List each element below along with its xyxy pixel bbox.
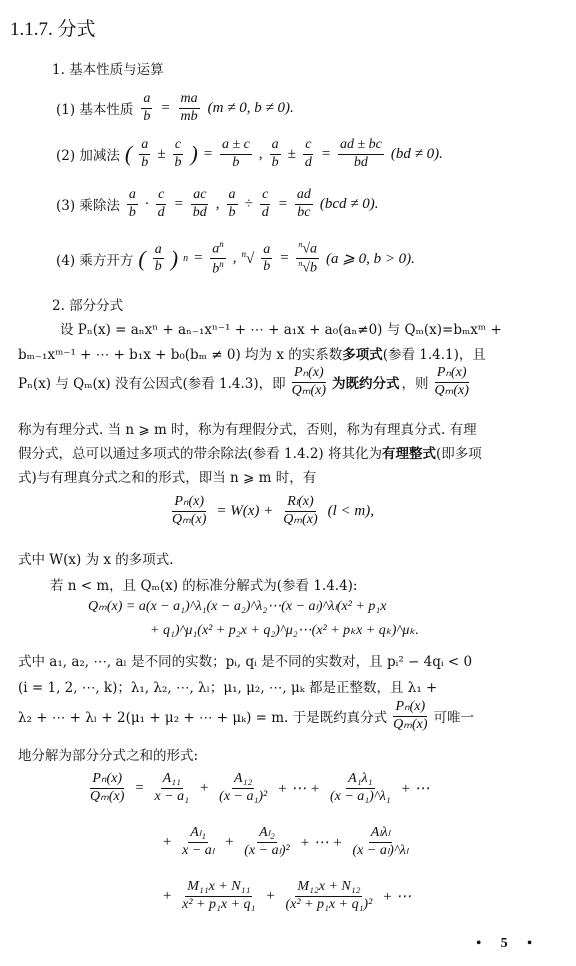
rule-power-root: (4) 乘方开方 (ab)n = anbn, n√ab= n√an√b (a ⩾… <box>56 240 415 278</box>
subsection-title-2: 2. 部分分式 <box>52 294 123 314</box>
equation-factorization-line1: Qₘ(x) = a(x − a₁)^λ₁(x − a₂)^λ₂⋯(x − aₗ)… <box>88 598 386 615</box>
equation-division: Pₙ(x)Qₘ(x) = W(x) + Rₗ(x)Qₘ(x) (l < m), <box>168 495 374 527</box>
paragraph-line: 设 Pₙ(x) = aₙxⁿ + aₙ₋₁xⁿ⁻¹ + ⋯ + a₁x + a₀… <box>60 318 502 338</box>
paragraph-line: 式中 a₁, a₂, ⋯, aₗ 是不同的实数；pᵢ, qᵢ 是不同的实数对，且… <box>18 650 472 670</box>
rule-basic-property: (1) 基本性质 ab = mamb (m ≠ 0, b ≠ 0). <box>56 92 294 124</box>
subsection-title-1: 1. 基本性质与运算 <box>52 58 164 78</box>
equation-factorization-line2: + q₁)^μ₁(x² + p₂x + q₂)^μ₂⋯(x² + pₖx + q… <box>150 622 419 639</box>
paragraph-line: 若 n < m，且 Qₘ(x) 的标准分解式为(参看 1.4.4): <box>50 574 357 594</box>
paragraph-line: 称为有理分式. 当 n ⩾ m 时，称为有理假分式，否则，称为有理真分式. 有理 <box>18 418 477 438</box>
equation-partial-fractions-line3: + M₁₁x + N₁₁x² + p₁x + q₁+ M₁₂x + N₁₂(x²… <box>162 880 411 912</box>
paragraph-line: 地分解为部分分式之和的形式: <box>18 744 198 764</box>
rule-multiply-divide: (3) 乘除法 ab· cd= acbd, ab÷ cd= adbc (bcd … <box>56 188 379 220</box>
paragraph-line: 式)与有理真分式之和的形式，即当 n ⩾ m 时，有 <box>18 466 316 486</box>
paragraph-line: 假分式，总可以通过多项式的带余除法(参看 1.4.2) 将其化为有理整式(即多项 <box>18 442 482 462</box>
paragraph-line: bₘ₋₁xᵐ⁻¹ + ⋯ + b₁x + b₀(bₘ ≠ 0) 均为 x 的实系… <box>18 343 486 363</box>
section-heading: 1.1.7. 分式 <box>10 14 96 41</box>
rule-add-subtract: (2) 加减法 ( ab± cb )= a ± cb, ab± cd= ad ±… <box>56 138 443 170</box>
paragraph-line: λ₂ + ⋯ + λₗ + 2(μ₁ + μ₂ + ⋯ + μₖ) = m. 于… <box>18 700 474 732</box>
paragraph-line: 式中 W(x) 为 x 的多项式. <box>18 548 174 568</box>
fraction: ab <box>141 92 152 124</box>
fraction: mamb <box>179 92 200 124</box>
equation-partial-fractions-line2: + Aₗ₁x − aₗ+ Aₗ₂(x − aₗ)²+ ⋯ + Aₗλₗ(x − … <box>162 826 412 858</box>
paragraph-line: Pₙ(x) 与 Qₘ(x) 没有公因式(参看 1.4.3)，即 Pₙ(x)Qₘ(… <box>18 366 473 398</box>
paragraph-line: (i = 1, 2, ⋯, k)；λ₁, λ₂, ⋯, λₗ；μ₁, μ₂, ⋯… <box>18 676 437 696</box>
page-number: • 5 • <box>476 936 540 952</box>
equation-partial-fractions-line1: Pₙ(x)Qₘ(x) = A₁₁x − a₁+ A₁₂(x − a₁)²+ ⋯ … <box>86 772 430 804</box>
